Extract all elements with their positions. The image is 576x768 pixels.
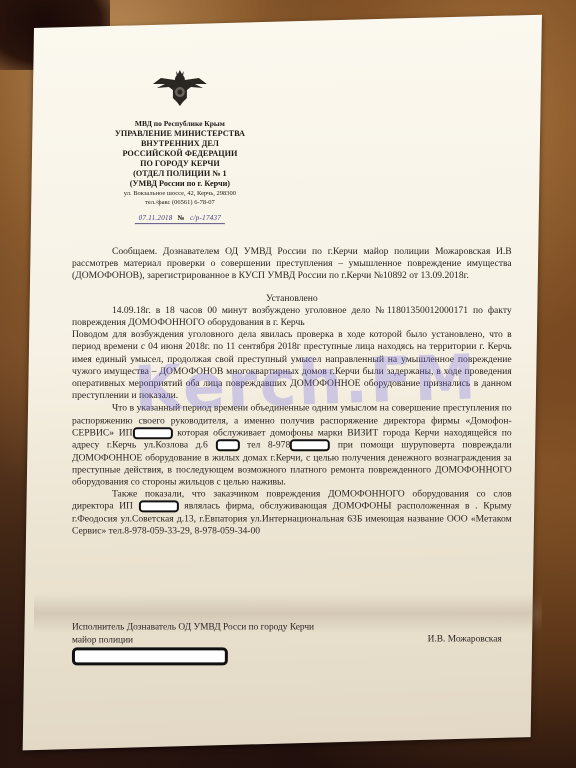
- redaction-box-large: [72, 647, 228, 665]
- org-line: РОССИЙСКОЙ ФЕДЕРАЦИИ: [90, 149, 270, 159]
- text-segment: тел 8-978: [247, 440, 290, 451]
- org-address: ул. Вокзальное шоссе, 42, Керчь, 298300: [90, 189, 270, 198]
- intro-paragraph: Сообщаем. Дознавателем ОД УМВД России по…: [72, 246, 512, 283]
- redaction-box: [215, 440, 239, 452]
- org-ministry-crimea: МВД по Республике Крым: [90, 119, 270, 129]
- redaction-box: [290, 440, 330, 452]
- redaction-box: [133, 427, 173, 439]
- org-line: (ОТДЕЛ ПОЛИЦИИ № 1: [90, 169, 270, 179]
- section-heading: Установлено: [72, 293, 512, 305]
- signature-position: Исполнитель Дознаватель ОД УМВД Росси по…: [72, 621, 522, 634]
- paragraph-grounds: Поводом для возбуждения уголовного дела …: [72, 329, 512, 402]
- org-line: УПРАВЛЕНИЕ МИНИСТЕРСТВА: [90, 129, 270, 139]
- org-line: ПО ГОРОДУ КЕРЧИ: [90, 159, 270, 169]
- letterhead: МВД по Республике Крым УПРАВЛЕНИЕ МИНИСТ…: [90, 68, 270, 225]
- reference-line: 07.11.2018 № с/р-17437: [135, 213, 225, 224]
- signature-name: И.В. Можаровская: [428, 633, 502, 646]
- org-line: ВНУТРЕННИХ ДЕЛ: [90, 139, 270, 149]
- document-body: Сообщаем. Дознавателем ОД УМВД России по…: [72, 246, 512, 537]
- org-line: (УМВД России по г. Керчи): [90, 179, 270, 189]
- paragraph-case-opened: 14.09.18г. в 18 часов 00 минут возбужден…: [72, 305, 512, 329]
- reference-number: с/р-17437: [190, 214, 221, 222]
- org-phone: тел./факс (06561) 6-78-07: [90, 198, 270, 207]
- signature-block: Исполнитель Дознаватель ОД УМВД Росси по…: [72, 621, 522, 646]
- redaction-box: [139, 501, 179, 513]
- paragraph-testimony: Что в указанный период времени объединен…: [72, 403, 512, 489]
- document-paper: МВД по Республике Крым УПРАВЛЕНИЕ МИНИСТ…: [23, 15, 542, 751]
- double-headed-eagle-icon: [151, 68, 209, 108]
- reference-date: 07.11.2018: [139, 214, 173, 222]
- reference-no-label: №: [178, 214, 185, 222]
- paragraph-customer: Также показали, что заказчиком поврежден…: [72, 489, 512, 538]
